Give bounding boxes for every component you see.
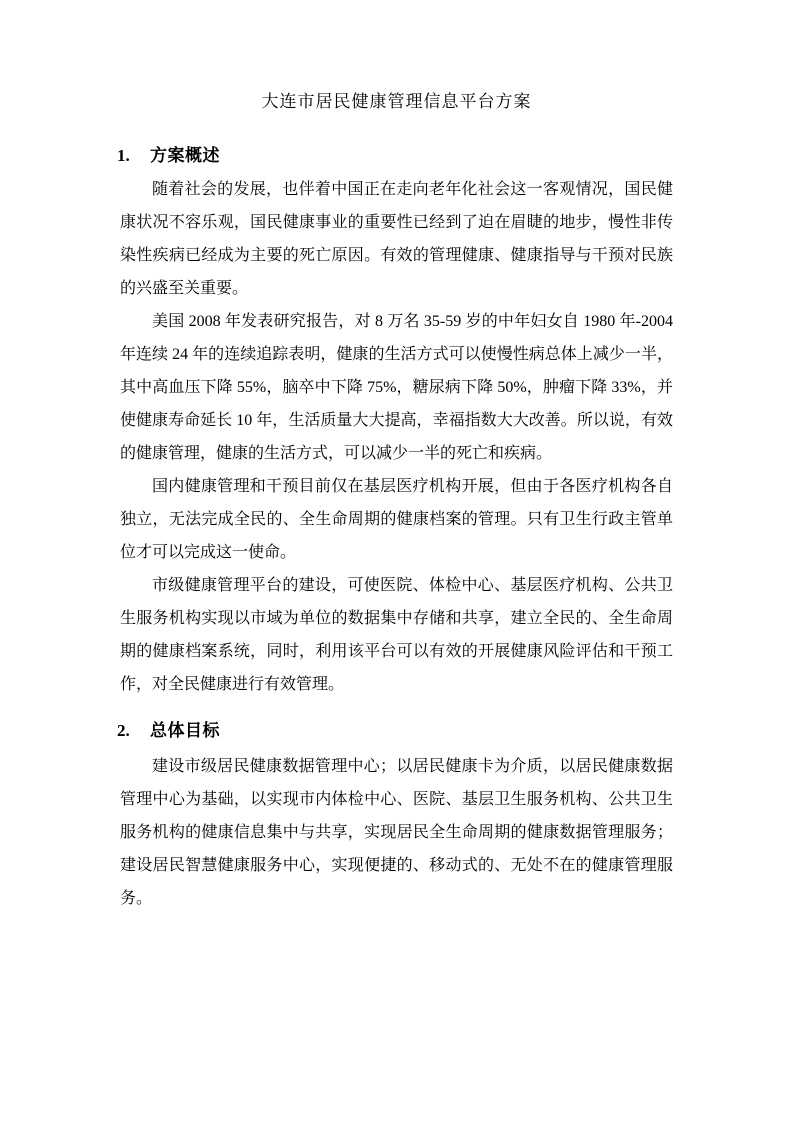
section-heading: 1. 方案概述 bbox=[120, 138, 673, 173]
body-paragraph: 随着社会的发展，也伴着中国正在走向老年化社会这一客观情况，国民健康状况不容乐观，… bbox=[120, 173, 673, 305]
section-heading-text: 方案概述 bbox=[150, 138, 220, 173]
document-page: 大连市居民健康管理信息平台方案 1. 方案概述 随着社会的发展，也伴着中国正在走… bbox=[0, 0, 793, 1122]
section-heading: 2. 总体目标 bbox=[120, 713, 673, 748]
body-paragraph: 市级健康管理平台的建设，可使医院、体检中心、基层医疗机构、公共卫生服务机构实现以… bbox=[120, 569, 673, 701]
body-paragraph: 国内健康管理和干预目前仅在基层医疗机构开展，但由于各医疗机构各自独立，无法完成全… bbox=[120, 470, 673, 569]
section-plan-overview: 1. 方案概述 随着社会的发展，也伴着中国正在走向老年化社会这一客观情况，国民健… bbox=[120, 138, 673, 701]
section-heading-text: 总体目标 bbox=[150, 713, 220, 748]
section-number: 2. bbox=[117, 713, 150, 748]
section-overall-goals: 2. 总体目标 建设市级居民健康数据管理中心；以居民健康卡为介质，以居民健康数据… bbox=[120, 713, 673, 915]
section-number: 1. bbox=[117, 138, 150, 173]
body-paragraph: 美国 2008 年发表研究报告，对 8 万名 35-59 岁的中年妇女自 198… bbox=[120, 305, 673, 470]
body-paragraph: 建设市级居民健康数据管理中心；以居民健康卡为介质，以居民健康数据管理中心为基础，… bbox=[120, 750, 673, 915]
document-title: 大连市居民健康管理信息平台方案 bbox=[120, 85, 673, 118]
